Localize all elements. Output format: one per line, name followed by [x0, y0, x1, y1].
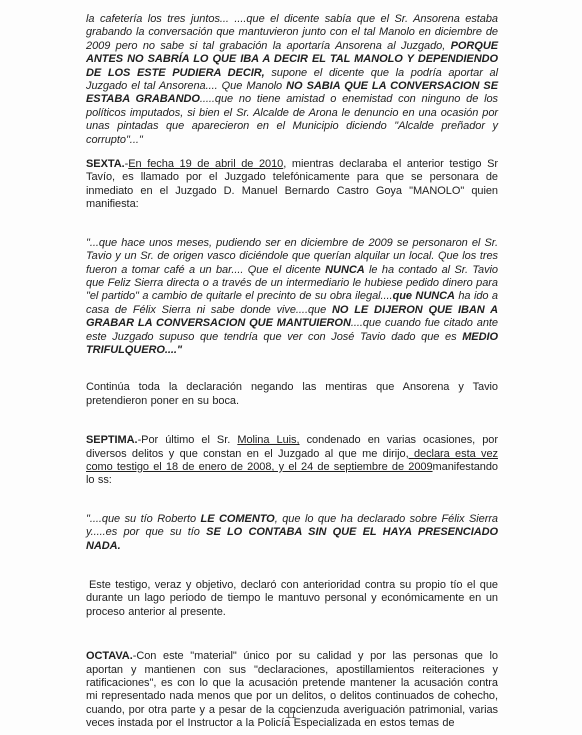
paragraph-quote-ansorena: la cafetería los tres juntos... ....que …: [86, 13, 498, 147]
text-run: Molina Luis,: [237, 434, 299, 446]
text-run: "....que su tío Roberto: [86, 513, 201, 525]
text-run: SEPTIMA.: [86, 434, 138, 446]
text-run: la cafetería los tres juntos... ....que …: [86, 13, 498, 52]
text-run: -Por último el Sr.: [138, 434, 238, 446]
text-run: Continúa toda la declaración negando las…: [86, 381, 498, 406]
text-run: que NUNCA: [393, 290, 455, 302]
paragraph-heading-sexta: SEXTA.-En fecha 19 de abril de 2010, mie…: [86, 158, 498, 212]
paragraph-continua-declaracion: Continúa toda la declaración negando las…: [86, 381, 498, 408]
paragraph-quote-manolo: "...que hace unos meses, pudiendo ser en…: [86, 237, 498, 358]
text-run: Este testigo, veraz y objetivo, declaró …: [86, 579, 498, 618]
paragraph-este-testigo: Este testigo, veraz y objetivo, declaró …: [86, 579, 498, 619]
text-run: SEXTA.: [86, 158, 125, 170]
document-body: la cafetería los tres juntos... ....que …: [86, 13, 498, 731]
text-run: NUNCA: [325, 264, 364, 276]
document-page: la cafetería los tres juntos... ....que …: [0, 0, 582, 735]
text-run: LE COMENTO: [201, 513, 275, 525]
paragraph-heading-septima: SEPTIMA.-Por último el Sr. Molina Luis, …: [86, 434, 498, 488]
paragraph-quote-molina: "....que su tío Roberto LE COMENTO, que …: [86, 513, 498, 553]
page-number: 11: [0, 710, 582, 721]
text-run: OCTAVA.: [86, 650, 133, 662]
text-run: En fecha 19 de abril de 2010: [128, 158, 283, 170]
